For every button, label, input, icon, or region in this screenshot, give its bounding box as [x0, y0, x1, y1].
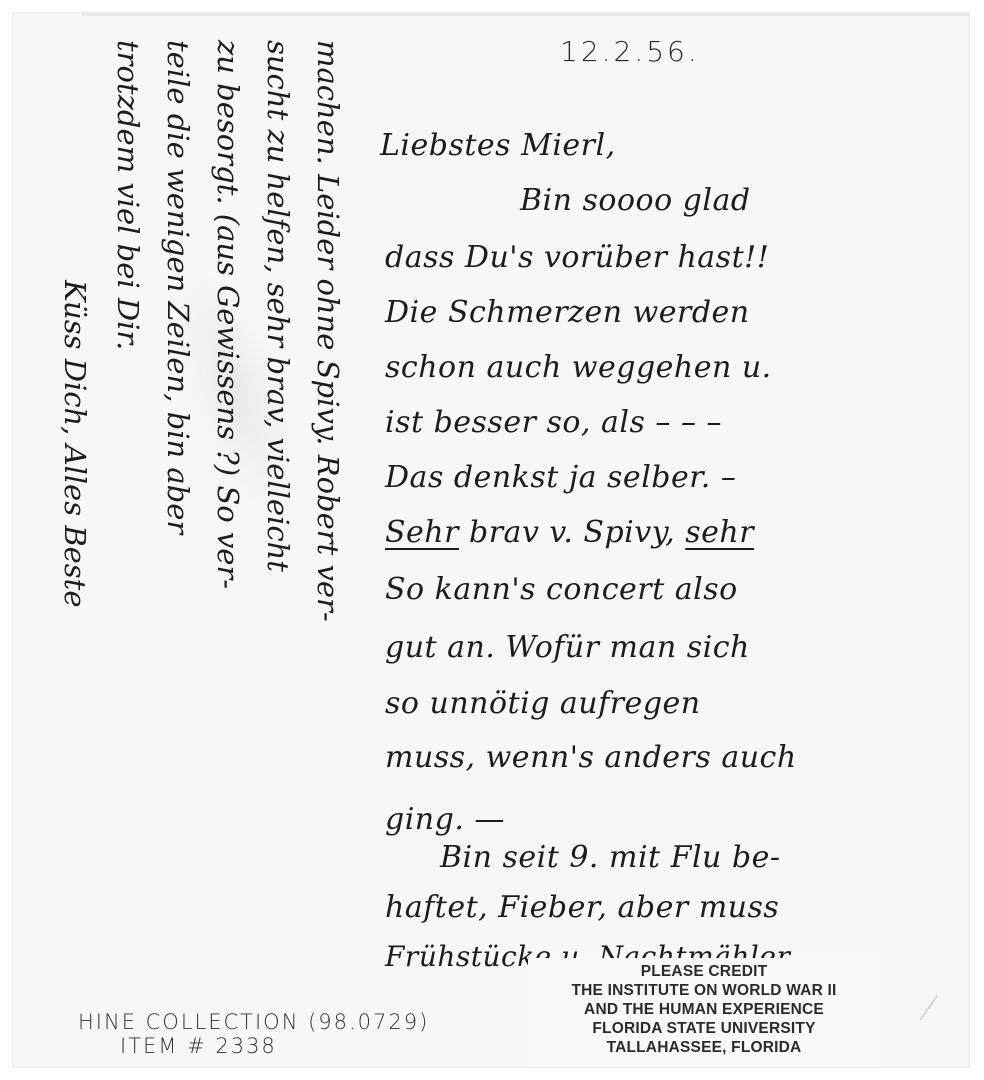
margin-note-line-4: teile die wenigen Zeilen, bin aber	[161, 40, 195, 534]
scan-edge	[82, 12, 970, 16]
credit-line-1: PLEASE CREDIT	[528, 962, 880, 981]
body-line-6: Das denkst ja selber. –	[385, 460, 736, 495]
underlined-word: sehr	[685, 515, 754, 550]
underlined-word: Sehr	[385, 515, 459, 550]
credit-stamp: PLEASE CREDIT THE INSTITUTE ON WORLD WAR…	[528, 958, 880, 1066]
archive-item-number: ITEM # 2338	[78, 1034, 429, 1058]
credit-line-4: FLORIDA STATE UNIVERSITY	[528, 1019, 880, 1038]
body-line-10: so unnötig aufregen	[385, 686, 701, 721]
body-line-7-mid: brav v. Spivy,	[469, 515, 675, 550]
margin-note-line-2: sucht zu helfen, sehr brav, vielleicht	[261, 40, 295, 572]
margin-note-line-5: trotzdem viel bei Dir.	[111, 40, 145, 350]
margin-note-line-1: machen. Leider ohne Spivy. Robert ver-	[311, 40, 345, 622]
archive-label: HINE COLLECTION (98.0729) ITEM # 2338	[78, 1010, 429, 1058]
body-line-5: ist besser so, als – – –	[385, 405, 722, 440]
credit-line-3: AND THE HUMAN EXPERIENCE	[528, 1000, 880, 1019]
body-line-3: Die Schmerzen werden	[385, 295, 750, 330]
body-line-12: ging. —	[385, 802, 505, 837]
salutation: Liebstes Mierl,	[380, 128, 616, 163]
body-line-4: schon auch weggehen u.	[385, 350, 772, 385]
letter-date: 12.2.56.	[560, 35, 700, 68]
credit-line-2: THE INSTITUTE ON WORLD WAR II	[528, 981, 880, 1000]
body-line-14: haftet, Fieber, aber muss	[385, 890, 779, 925]
body-line-1: Bin soooo glad	[520, 183, 751, 218]
archive-collection: HINE COLLECTION (98.0729)	[78, 1010, 429, 1034]
margin-note-signoff: Küss Dich, Alles Beste	[58, 280, 92, 608]
body-line-2: dass Du's vorüber hast!!	[385, 240, 769, 275]
credit-line-5: TALLAHASSEE, FLORIDA	[528, 1038, 880, 1057]
body-line-7: Sehr brav v. Spivy, sehr	[385, 515, 754, 550]
body-line-11: muss, wenn's anders auch	[385, 740, 797, 775]
body-line-8: So kann's concert also	[385, 572, 738, 607]
margin-note-line-3: zu besorgt. (aus Gewissens ?) So ver-	[211, 40, 245, 589]
body-line-9: gut an. Wofür man sich	[385, 630, 750, 665]
body-line-13: Bin seit 9. mit Flu be-	[440, 840, 781, 875]
